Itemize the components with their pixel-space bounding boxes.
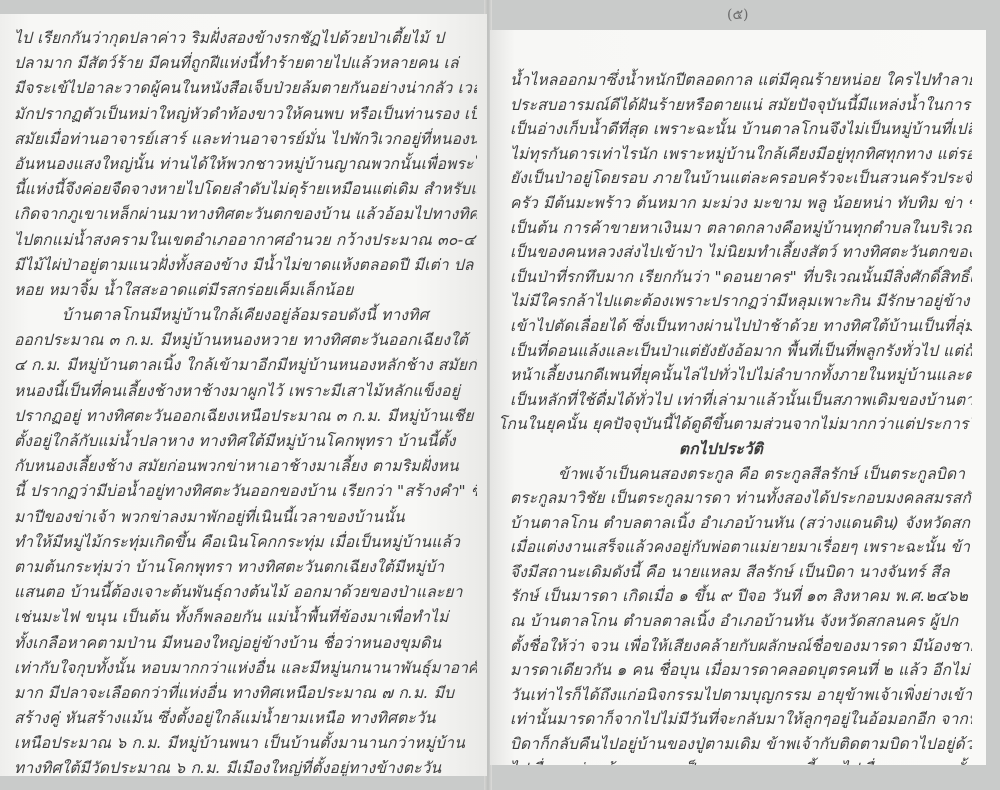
handwritten-line: ครัว มีต้นมะพร้าว ต้นหมาก มะม่วง มะขาม พ… (510, 191, 972, 216)
handwritten-line: หอย หมาจิ้ม น้ำใสสะอาดแต่มีรสกร่อยเค็มเล… (14, 278, 477, 303)
handwritten-line: กับหนองเลี้ยงช้าง สมัยก่อนพวกข่าหาเอาช้า… (14, 454, 477, 479)
handwritten-line: ณ บ้านตาลโกน ตำบลตาลเนิ้ง อำเภอบ้านหัน จ… (510, 609, 972, 634)
handwritten-line: ทำให้มีหมู่ไม้กระทุ่มเกิดขึ้น คือเนินโคก… (14, 530, 477, 555)
handwritten-line: ไปเรื่อยๆ ส่วนน้องชายคงเป็นทารกของยายเลี… (510, 757, 972, 765)
handwritten-line: เข้าไปตัดเลื่อยได้ ซึ่งเป็นทางผ่านไปป่าช… (510, 314, 972, 339)
handwritten-line: สมัยเมื่อท่านอาจารย์เสาร์ และท่านอาจารย์… (14, 127, 477, 152)
handwritten-line: บ้านตาลโกนมีหมู่บ้านใกล้เคียงอยู่ล้อมรอบ… (14, 303, 477, 328)
handwritten-line: อันหนองแสงใหญ่นั้น ท่านได้ให้พวกชาวหมู่บ… (14, 152, 477, 177)
handwritten-line: ไม่ทุรกันดารเท่าไรนัก เพราะหมู่บ้านใกล้เ… (510, 142, 972, 167)
handwritten-line: เท่านั้นมารดาก็จากไปไม่มีวันที่จะกลับมาใ… (510, 707, 972, 732)
section-heading: ตกไปประวัติ (510, 437, 972, 462)
handwritten-line: ข้าพเจ้าเป็นคนสองตระกูล คือ ตระกูลสีลรัก… (510, 462, 972, 487)
left-page: ไป เรียกกันว่ากุดปลาค่าว ริมฝั่งสองข้างร… (0, 14, 487, 776)
handwritten-line: ตามต้นกระทุ่มว่า บ้านโคกพุทรา ทางทิศตะวั… (14, 555, 477, 580)
right-page-text: น้ำไหลออกมาซึ่งน้ำหนักปีตลอดกาล แต่มีคุณ… (510, 68, 972, 765)
right-page: น้ำไหลออกมาซึ่งน้ำหนักปีตลอดกาล แต่มีคุณ… (490, 30, 986, 765)
handwritten-line: มาก มีปลาจะเลือดกว่าที่แห่งอื่น ทางทิศเห… (14, 681, 477, 706)
handwritten-line: หน้าเลี้ยงนกดีเพนที่ยุคนั้นไล่ไปทั่วไปไม… (510, 363, 972, 388)
handwritten-line: ไปตกแม่น้ำสงครามในเขตอำเภออากาศอำนวย กว้… (14, 228, 477, 253)
handwritten-line: ตั้งอยู่ใกล้กับแม่น้ำปลาหาง ทางทิศใต้มีห… (14, 429, 477, 454)
handwritten-line: ตระกูลมาวิชัย เป็นตระกูลมารดา ท่านทั้งสอ… (510, 486, 972, 511)
handwritten-line: ทางทิศใต้มีวัดประมาณ ๖ ก.ม. มีเมืองใหญ่ท… (14, 756, 477, 776)
handwritten-line: จึงมีสถานะเดิมดังนี้ คือ นายแหลม สีลรักษ… (510, 560, 972, 585)
handwritten-line: ไม่มีใครกล้าไปแตะต้องเพราะปรากฏว่ามีหลุม… (510, 289, 972, 314)
handwritten-line: มีจระเข้ไปอาละวาดผู้คนในหนังสือเจ็บป่วยล… (14, 76, 477, 101)
left-page-text: ไป เรียกกันว่ากุดปลาค่าว ริมฝั่งสองข้างร… (14, 26, 477, 776)
handwritten-line: นี้ ปรากฏว่ามีบ่อน้ำอยู่ทางทิศตะวันออกขอ… (14, 479, 477, 504)
handwritten-line: มาปีของข่าเจ้า พวกข่าลงมาพักอยู่ที่เนินน… (14, 505, 477, 530)
page-number: (๕) (727, 4, 749, 26)
handwritten-line: ประสบอารมณ์ดีได้ฝันร้ายหรือตายแน่ สมัยปั… (510, 93, 972, 118)
handwritten-line: วันเท่าไรก็ได้ถึงแก่อนิจกรรมไปตามบุญกรรม… (510, 683, 972, 708)
handwritten-line: เป็นต้น การค้าขายหาเงินมา ตลาดกลางคือหมู… (510, 216, 972, 241)
handwritten-line: ปลามาก มีสัตว์ร้าย มีคนที่ถูกฝีแห่งนี้ทำ… (14, 51, 477, 76)
handwritten-line: หนองนี้เป็นที่คนเลี้ยงช้างหาช้างมาผูกไว้… (14, 379, 477, 404)
handwritten-line: เป็นหลักที่ใช้ดื่มได้ทั่วไป เท่าที่เล่าม… (510, 388, 972, 413)
handwritten-line: ๔ ก.ม. มีหมู่บ้านตาลเนิ้ง ใกล้เข้ามาอีกม… (14, 353, 477, 378)
handwritten-line: ยังเป็นป่าอยู่โดยรอบ ภายในบ้านแต่ละครอบค… (510, 166, 972, 191)
handwritten-line: เมื่อแต่งงานเสร็จแล้วคงอยู่กับพ่อตาแม่ยา… (510, 535, 972, 560)
handwritten-line: ตั้งชื่อให้ว่า จวน เพื่อให้เสียงคล้ายกับ… (510, 634, 972, 659)
handwritten-line: ออกประมาณ ๓ ก.ม. มีหมู่บ้านหนองหวาย ทางท… (14, 328, 477, 353)
handwritten-line: เกิดจากภูเขาเหล็กผ่านมาทางทิศตะวันตกของบ… (14, 202, 477, 227)
handwritten-line: เท่ากับใจกุบทั้งนั้น หอบมากกว่าแห่งอื่น … (14, 656, 477, 681)
handwritten-line: มารดาเดียวกัน ๑ คน ชื่อบุน เมื่อมารดาคลอ… (510, 658, 972, 683)
handwritten-line: เป็นที่ดอนแล้งและเป็นป่าแต่ยังยังอ้อมาก … (510, 339, 972, 364)
handwritten-line: นี้แห่งนี้จึงค่อยจืดจางหายไปโดยลำดับไม่ด… (14, 177, 477, 202)
handwritten-line: มักปรากฏตัวเป็นหม่าใหญ่หัวดำท้องขาวให้คน… (14, 102, 477, 127)
handwritten-line: ปรากฏอยู่ ทางทิศตะวันออกเฉียงเหนือประมาณ… (14, 404, 477, 429)
handwritten-line: บ้านตาลโกน ตำบลตาลเนิ้ง อำเภอบ้านหัน (สว… (510, 511, 972, 536)
handwritten-line: เช่นมะไฟ ขนุน เป็นต้น ทั้งก็พลอยกัน แม่น… (14, 605, 477, 630)
handwritten-line: เป็นอ่างเก็บน้ำดีที่สุด เพราะฉะนั้น บ้าน… (510, 117, 972, 142)
handwritten-line: โกนในยุคนั้น ยุคปัจจุบันนี้ได้ดูดีขึ้นตา… (498, 412, 972, 437)
handwritten-line: สร้างคู่ หันสร้างแม้น ซึ่งตั้งอยู่ใกล้แม… (14, 706, 477, 731)
handwritten-line: เป็นของคนหลวงส่งไปเข้าป่า ไม่นิยมทำเลี้ย… (510, 240, 972, 265)
handwritten-line: บิดาก็กลับคืนไปอยู่บ้านของปู่ตามเดิม ข้า… (510, 732, 972, 757)
handwritten-line: ทั้งเกลือหาคตามป่าน มีหนองใหญ่อยู่ข้างบ้… (14, 631, 477, 656)
handwritten-line: มีไม้ไผ่ป่าอยู่ตามแนวฝั่งทั้งสองข้าง มีน… (14, 253, 477, 278)
handwritten-line: เหนือประมาณ ๖ ก.ม. มีหมู่บ้านพนา เป็นบ้า… (14, 731, 477, 756)
handwritten-line: น้ำไหลออกมาซึ่งน้ำหนักปีตลอดกาล แต่มีคุณ… (510, 68, 972, 93)
handwritten-line: ไป เรียกกันว่ากุดปลาค่าว ริมฝั่งสองข้างร… (14, 26, 477, 51)
handwritten-line: แสนตอ บ้านนี้ต้องเจาะต้นพันธุ์ถางต้นไม้ … (14, 580, 477, 605)
handwritten-line: เป็นป่าที่รกทึบมาก เรียกกันว่า "ดอนยาคร"… (510, 265, 972, 290)
handwritten-line: รักษ์ เป็นมารดา เกิดเมื่อ ๑ ขึ้น ๙ ปีจอ … (510, 584, 972, 609)
